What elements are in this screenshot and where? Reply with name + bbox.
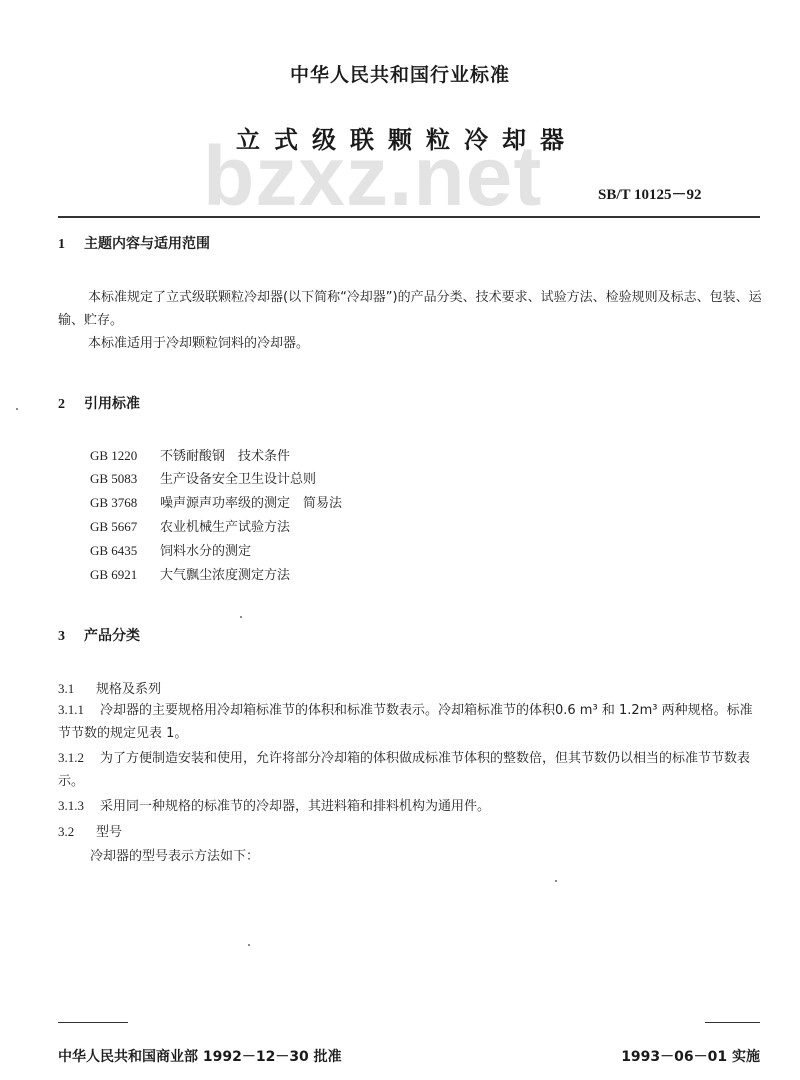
section-title: 产品分类	[84, 628, 140, 644]
reference-item: GB 6435饲料水分的测定	[90, 540, 251, 559]
reference-code: GB 6921	[90, 567, 160, 583]
section-number: 1	[58, 237, 84, 253]
clause-3-1-3: 3.1.3采用同一种规格的标准节的冷却器，其进料箱和排料机构为通用件。	[58, 794, 764, 818]
scan-speck	[248, 944, 250, 946]
document-title: 立式级联颗粒冷却器	[0, 120, 800, 155]
subsection-number: 3.1	[58, 681, 96, 697]
reference-title: 噪声源声功率级的测定 简易法	[160, 496, 342, 511]
clause-number: 3.1.2	[58, 750, 84, 765]
section-title: 引用标准	[84, 396, 140, 412]
standard-category: 中华人民共和国行业标准	[0, 60, 800, 87]
reference-code: GB 6435	[90, 543, 160, 559]
reference-item: GB 6921大气飘尘浓度测定方法	[90, 564, 290, 583]
reference-code: GB 5667	[90, 519, 160, 535]
reference-item: GB 1220不锈耐酸钢 技术条件	[90, 445, 290, 464]
section-1-paragraph-2: 本标准适用于冷却颗粒饲料的冷却器。	[58, 332, 764, 355]
clause-text: 冷却器的主要规格用冷却箱标准节的体积和标准节数表示。冷却箱标准节的体积0.6 m…	[58, 703, 753, 741]
reference-item: GB 5083生产设备安全卫生设计总则	[90, 468, 316, 487]
subsection-title: 规格及系列	[96, 682, 161, 697]
scan-speck	[240, 616, 242, 618]
clause-3-1-2: 3.1.2为了方便制造安装和使用，允许将部分冷却箱的体积做成标准节体积的整数倍，…	[58, 746, 764, 793]
footer-divider-right	[705, 1022, 760, 1023]
section-number: 3	[58, 629, 84, 645]
model-notation-intro: 冷却器的型号表示方法如下：	[90, 845, 259, 864]
subsection-3-1-heading: 3.1规格及系列	[58, 678, 161, 697]
section-1-paragraph-1: 本标准规定了立式级联颗粒冷却器(以下简称“冷却器”)的产品分类、技术要求、试验方…	[58, 286, 764, 332]
subsection-3-2-heading: 3.2型号	[58, 821, 122, 840]
clause-text: 采用同一种规格的标准节的冷却器，其进料箱和排料机构为通用件。	[100, 799, 490, 814]
clause-3-1-1: 3.1.1冷却器的主要规格用冷却箱标准节的体积和标准节数表示。冷却箱标准节的体积…	[58, 698, 764, 745]
reference-title: 饲料水分的测定	[160, 544, 251, 559]
subsection-number: 3.2	[58, 824, 96, 840]
clause-text: 为了方便制造安装和使用，允许将部分冷却箱的体积做成标准节体积的整数倍，但其节数仍…	[58, 751, 750, 789]
reference-code: GB 5083	[90, 471, 160, 487]
reference-title: 不锈耐酸钢 技术条件	[160, 449, 290, 464]
scan-speck	[16, 408, 18, 410]
reference-item: GB 5667农业机械生产试验方法	[90, 516, 290, 535]
reference-item: GB 3768噪声源声功率级的测定 简易法	[90, 492, 342, 511]
reference-code: GB 3768	[90, 495, 160, 511]
clause-number: 3.1.3	[58, 798, 84, 813]
section-title: 主题内容与适用范围	[84, 236, 210, 252]
section-number: 2	[58, 397, 84, 413]
footer-divider-left	[58, 1022, 128, 1023]
reference-title: 大气飘尘浓度测定方法	[160, 568, 290, 583]
reference-title: 生产设备安全卫生设计总则	[160, 472, 316, 487]
clause-number: 3.1.1	[58, 702, 84, 717]
subsection-title: 型号	[96, 825, 122, 840]
section-1-heading: 1主题内容与适用范围	[58, 233, 210, 253]
section-2-heading: 2引用标准	[58, 393, 140, 413]
standard-number: SB/T 10125－92	[598, 183, 702, 204]
approval-line: 中华人民共和国商业部 1992－12－30 批准	[58, 1046, 342, 1066]
implementation-date: 1993－06－01 实施	[621, 1046, 760, 1066]
section-3-heading: 3产品分类	[58, 625, 140, 645]
scan-speck	[555, 880, 557, 882]
reference-code: GB 1220	[90, 448, 160, 464]
reference-title: 农业机械生产试验方法	[160, 520, 290, 535]
